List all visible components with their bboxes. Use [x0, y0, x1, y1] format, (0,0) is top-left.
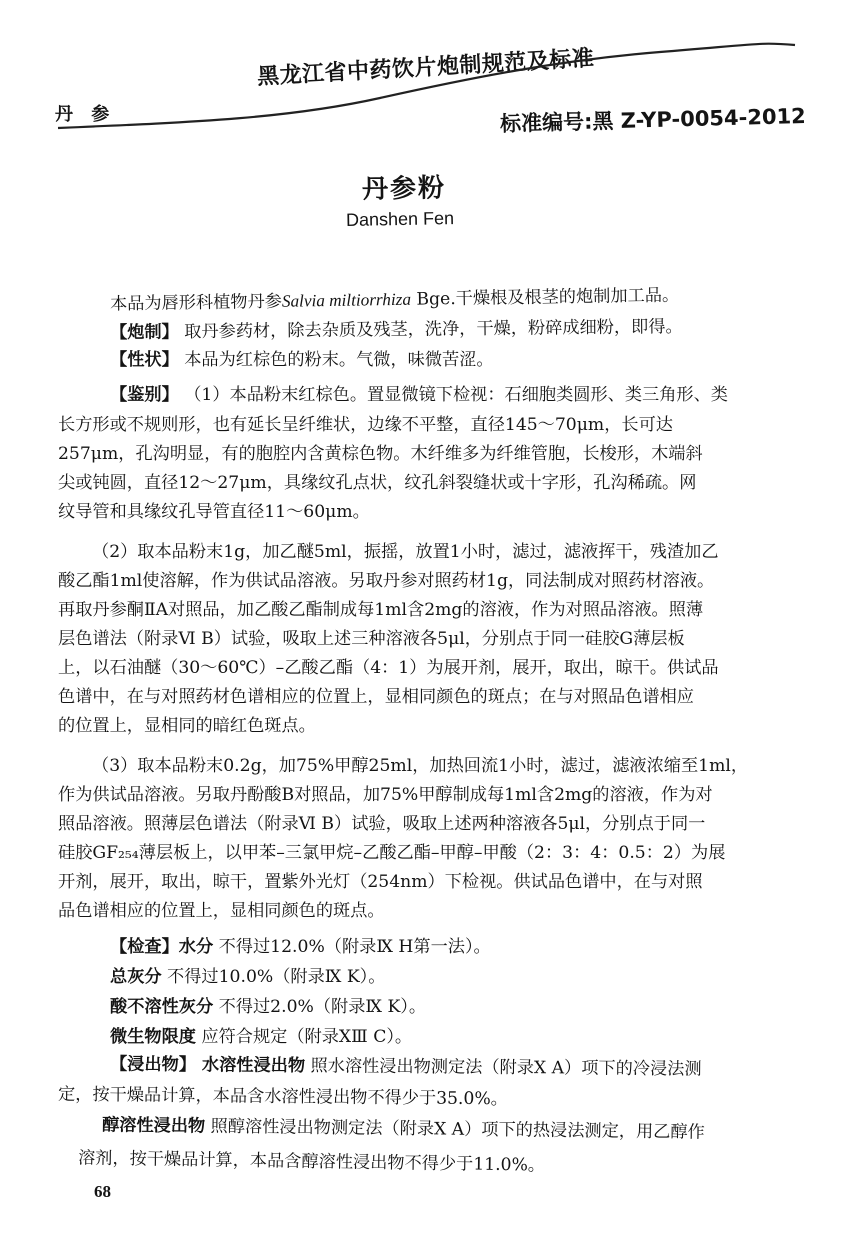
latin-name: Salvia miltiorrhiza: [282, 290, 411, 311]
text-line: 照水溶性浸出物测定法（附录Ⅹ A）项下的冷浸法测: [305, 1056, 702, 1079]
page-subtitle-pinyin: Danshen Fen: [346, 208, 454, 231]
text-line: （3）取本品粉末0.2g，加75%甲醇25ml，加热回流1小时，滤过，滤液浓缩至…: [92, 754, 748, 778]
text-line: 硅胶GF₂₅₄薄层板上，以甲苯–三氯甲烷–乙酸乙酯–甲醇–甲酸（2：3：4：0.…: [58, 841, 725, 865]
text-line: （1）本品粉末红棕色。置显微镜下检视：石细胞类圆形、类三角形、类: [179, 385, 728, 405]
description-section: 【性状】 本品为红棕色的粉末。气微，味微苦涩。: [110, 348, 494, 372]
inspection-item-text: 不得过12.0%（附录Ⅸ H第一法）。: [213, 937, 491, 957]
text-line: 色谱中，在与对照药材色谱相应的位置上，显相同颜色的斑点；在与对照品色谱相应: [58, 685, 694, 709]
section-tag-processing: 【炮制】: [110, 322, 179, 343]
inspection-item-total-ash: 总灰分 不得过10.0%（附录Ⅸ K）。: [110, 965, 385, 989]
inspection-item-name: 酸不溶性灰分: [110, 997, 213, 1017]
text-line: 品色谱相应的位置上，显相同颜色的斑点。: [58, 899, 385, 923]
text-line: 酸乙酯1ml使溶解，作为供试品溶液。另取丹参对照药材1g，同法制成对照药材溶液。: [58, 569, 714, 593]
text-line: 再取丹参酮ⅡA对照品，加乙酸乙酯制成每1ml含2mg的溶液，作为对照品溶液。照薄: [58, 598, 703, 622]
extract-water-line: 【浸出物】 水溶性浸出物 照水溶性浸出物测定法（附录Ⅹ A）项下的冷浸法测: [110, 1052, 702, 1081]
text-line: 定，按干燥品计算，本品含水溶性浸出物不得少于35.0%。: [58, 1083, 508, 1112]
text-line: 开剂，展开，取出，晾干，置紫外光灯（254nm）下检视。供试品色谱中，在与对照: [58, 870, 703, 894]
identification-line: 【鉴别】 （1）本品粉末红棕色。置显微镜下检视：石细胞类圆形、类三角形、类: [110, 383, 728, 407]
processing-text: 取丹参药材，除去杂质及残茎，洗净，干燥，粉碎成细粉，即得。: [179, 317, 683, 342]
inspection-item-name: 水分: [179, 937, 213, 957]
inspection-item-name: 微生物限度: [110, 1027, 196, 1047]
extract-alcohol-name: 醇溶性浸出物: [102, 1115, 205, 1136]
text-line: 的位置上，显相同的暗红色斑点。: [58, 714, 316, 738]
inspection-item-acid-insoluble-ash: 酸不溶性灰分 不得过2.0%（附录Ⅸ K）。: [110, 995, 426, 1019]
section-tag-description: 【性状】: [110, 350, 179, 370]
inspection-item-moisture: 【检查】水分 不得过12.0%（附录Ⅸ H第一法）。: [110, 935, 491, 959]
inspection-item-name: 总灰分: [110, 967, 162, 987]
text-line: 纹导管和具缘纹孔导管直径11～60μm。: [58, 500, 370, 524]
intro-paragraph: 本品为唇形科植物丹参Salvia miltiorrhiza Bge.干燥根及根茎…: [110, 284, 679, 317]
text-line: 层色谱法（附录Ⅵ B）试验，吸取上述三种溶液各5μl，分别点于同一硅胶G薄层板: [58, 627, 685, 651]
inspection-item-text: 不得过2.0%（附录Ⅸ K）。: [213, 997, 426, 1017]
page-title: 丹参粉: [362, 167, 447, 205]
intro-text-suffix: Bge.干燥根及根茎的炮制加工品。: [411, 286, 679, 310]
description-text: 本品为红棕色的粉末。气微，味微苦涩。: [179, 350, 494, 370]
text-line: 作为供试品溶液。另取丹酚酸B对照品，加75%甲醇制成每1ml含2mg的溶液，作为…: [58, 783, 713, 807]
text-line: 尖或钝圆，直径12～27μm，具缘纹孔点状，纹孔斜裂缝状或十字形，孔沟稀疏。网: [58, 471, 696, 495]
text-line: 照品溶液。照薄层色谱法（附录Ⅵ B）试验，吸取上述两种溶液各5μl，分别点于同一: [58, 812, 705, 836]
inspection-item-microbial-limit: 微生物限度 应符合规定（附录ⅩⅢ C）。: [110, 1025, 412, 1049]
extract-water-name: 水溶性浸出物: [196, 1055, 305, 1076]
inspection-item-text: 应符合规定（附录ⅩⅢ C）。: [196, 1027, 412, 1047]
document-page: 丹 参 黑龙江省中药饮片炮制规范及标准 标准编号:黑 Z-YP-0054-201…: [0, 0, 850, 1254]
section-tag-extract: 【浸出物】: [110, 1054, 196, 1075]
page-number: 68: [94, 1182, 111, 1202]
processing-section: 【炮制】 取丹参药材，除去杂质及残茎，洗净，干燥，粉碎成细粉，即得。: [110, 315, 683, 345]
text-line: （2）取本品粉末1g，加乙醚5ml，振摇，放置1小时，滤过，滤液挥干，残渣加乙: [92, 540, 719, 564]
text-line: 照醇溶性浸出物测定法（附录Ⅹ A）项下的热浸法测定，用乙醇作: [205, 1117, 705, 1143]
text-line: 溶剂，按干燥品计算，本品含醇溶性浸出物不得少于11.0%。: [78, 1146, 545, 1177]
section-tag-identification: 【鉴别】: [110, 385, 179, 405]
text-line: 长方形或不规则形，也有延长呈纤维状，边缘不平整，直径145～70μm，长可达: [58, 413, 673, 437]
extract-alcohol-line: 醇溶性浸出物 照醇溶性浸出物测定法（附录Ⅹ A）项下的热浸法测定，用乙醇作: [102, 1113, 705, 1144]
intro-text: 本品为唇形科植物丹参: [110, 292, 282, 315]
section-tag-inspection: 【检查】: [110, 937, 179, 957]
text-line: 上，以石油醚（30～60℃）–乙酸乙酯（4：1）为展开剂，展开，取出，晾干。供试…: [58, 656, 719, 680]
text-line: 257μm，孔沟明显，有的胞腔内含黄棕色物。木纤维多为纤维管胞，长梭形，木端斜: [58, 442, 703, 466]
inspection-item-text: 不得过10.0%（附录Ⅸ K）。: [162, 967, 386, 987]
